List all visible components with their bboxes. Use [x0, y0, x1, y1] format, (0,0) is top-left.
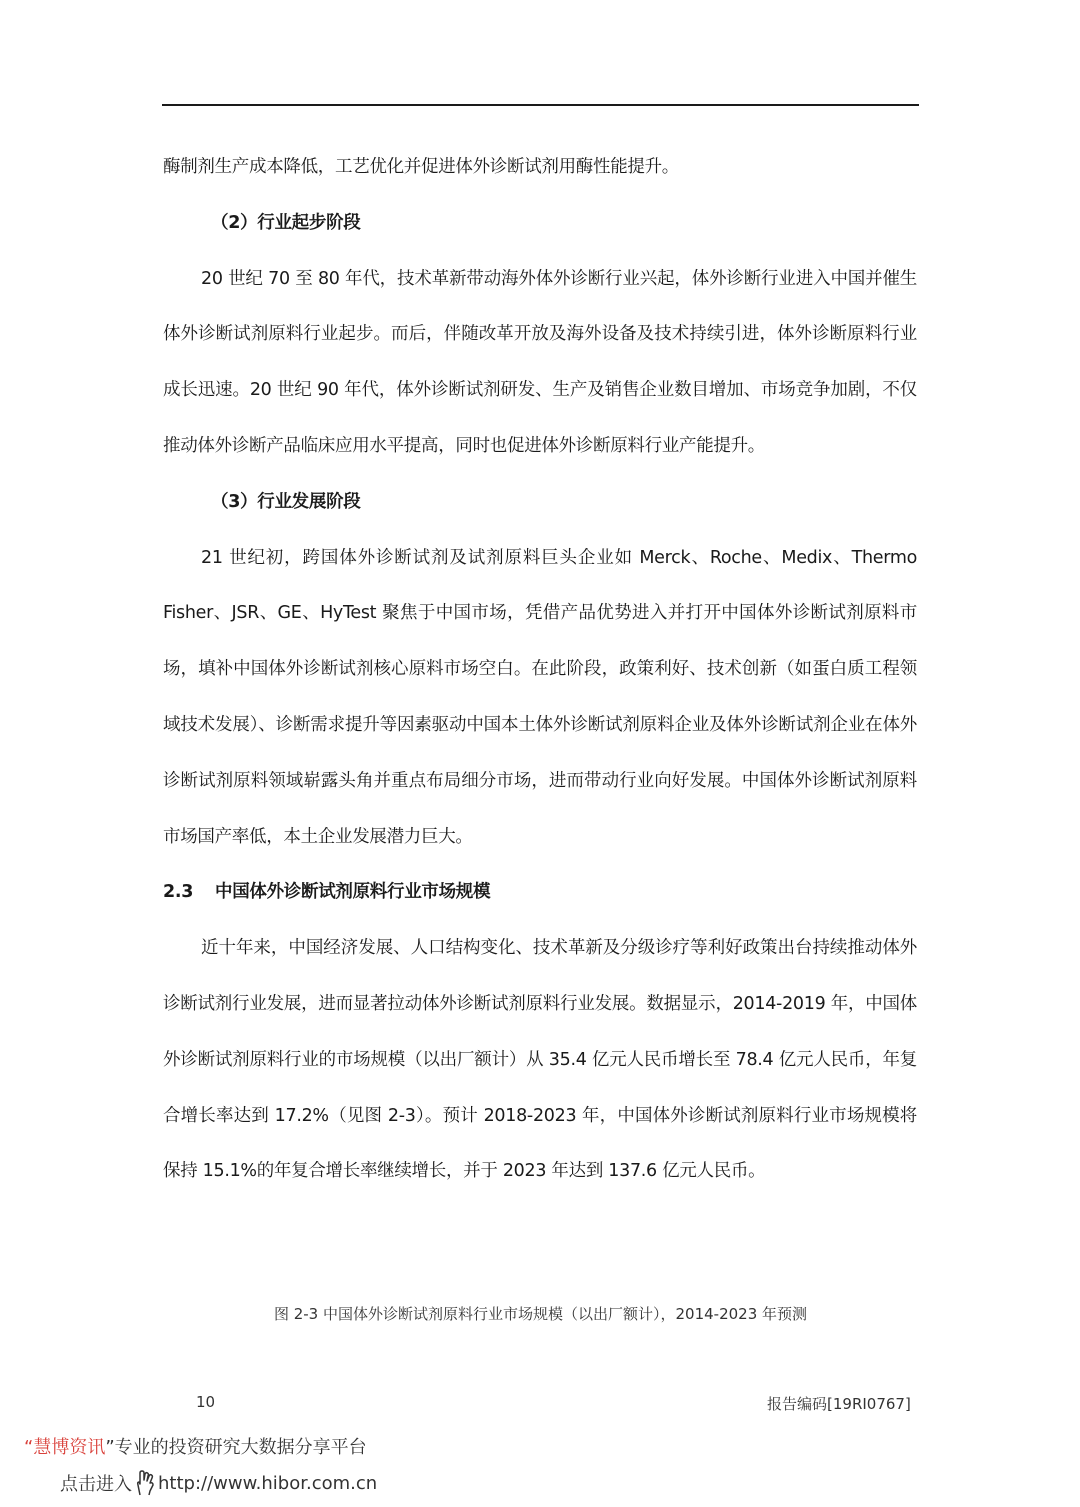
- paragraph-continuation: 酶制剂生产成本降低，工艺优化并促进体外诊断试剂用酶性能提升。: [163, 140, 917, 196]
- watermark-url[interactable]: http://www.hibor.com.cn: [158, 1473, 377, 1494]
- watermark-tagline-text: 专业的投资研究大数据分享平台: [115, 1437, 367, 1458]
- click-label: 点击进入: [60, 1470, 132, 1496]
- paragraph-development-stage: 21 世纪初，跨国体外诊断试剂及试剂原料巨头企业如 Merck、Roche、Me…: [163, 531, 917, 866]
- watermark-quote-close: ”: [105, 1437, 114, 1458]
- section-heading: 2.3中国体外诊断试剂原料行业市场规模: [163, 865, 917, 921]
- watermark-link[interactable]: 点击进入 http://www.hibor.com.cn: [60, 1469, 377, 1497]
- document-body: 酶制剂生产成本降低，工艺优化并促进体外诊断试剂用酶性能提升。 （2）行业起步阶段…: [163, 140, 917, 1200]
- subhead-development-stage: （3）行业发展阶段: [163, 475, 917, 531]
- subhead-startup-stage: （2）行业起步阶段: [163, 196, 917, 252]
- section-title: 中国体外诊断试剂原料行业市场规模: [215, 882, 490, 902]
- watermark-tagline: “慧博资讯”专业的投资研究大数据分享平台: [24, 1433, 367, 1459]
- watermark-quote-open: “: [24, 1437, 33, 1458]
- page-number: 10: [196, 1393, 215, 1411]
- paragraph-startup-stage: 20 世纪 70 至 80 年代，技术革新带动海外体外诊断行业兴起，体外诊断行业…: [163, 252, 917, 475]
- paragraph-market-size: 近十年来，中国经济发展、人口结构变化、技术革新及分级诊疗等利好政策出台持续推动体…: [163, 921, 917, 1200]
- report-code: 报告编码[19RI0767]: [767, 1393, 911, 1414]
- figure-caption: 图 2-3 中国体外诊断试剂原料行业市场规模（以出厂额计），2014-2023 …: [162, 1303, 919, 1324]
- pointing-hand-icon: [134, 1469, 156, 1497]
- watermark-brand: 慧博资讯: [33, 1437, 105, 1458]
- section-number: 2.3: [163, 865, 215, 921]
- header-rule: [162, 104, 919, 106]
